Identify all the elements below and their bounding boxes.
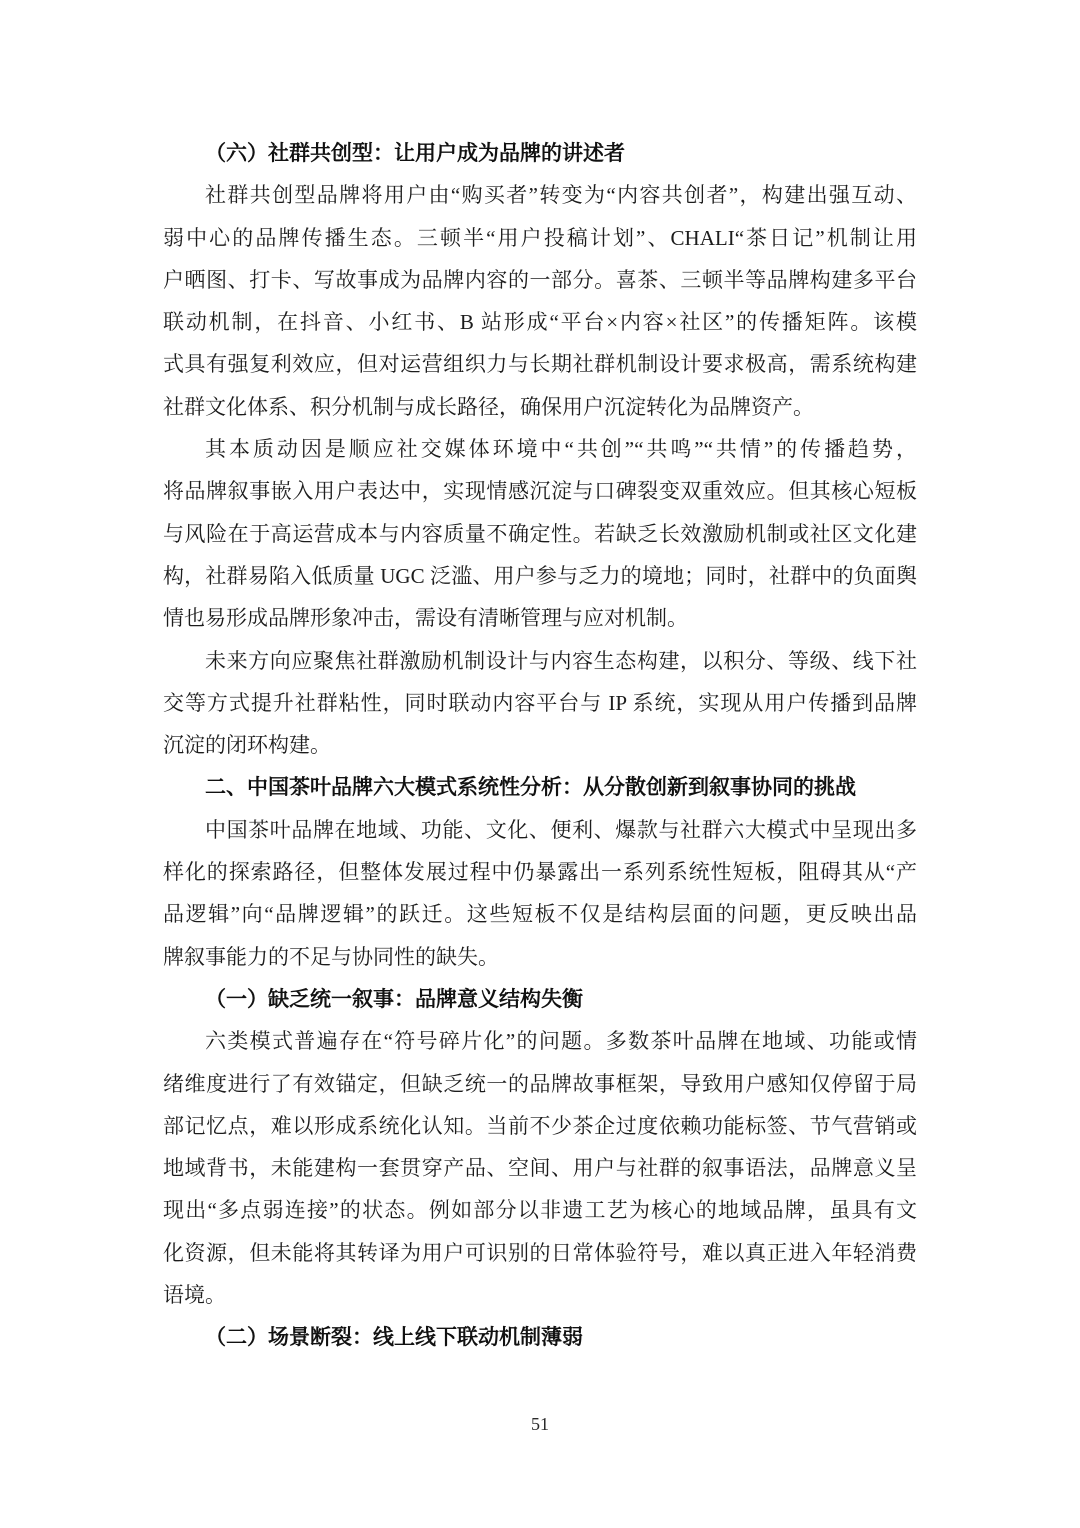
body-text-line: 弱中心的品牌传播生态。三顿半“用户投稿计划”、CHALI“茶日记”机制让用 [163, 217, 917, 259]
body-text-line: 未来方向应聚焦社群激励机制设计与内容生态构建，以积分、等级、线下社 [163, 640, 917, 682]
body-text-line: 绪维度进行了有效锚定，但缺乏统一的品牌故事框架，导致用户感知仅停留于局 [163, 1063, 917, 1105]
body-text-line: 社群文化体系、积分机制与成长路径，确保用户沉淀转化为品牌资产。 [163, 386, 917, 428]
section-heading: （六）社群共创型：让用户成为品牌的讲述者 [163, 132, 917, 174]
body-text-line: 社群共创型品牌将用户由“购买者”转变为“内容共创者”，构建出强互动、 [163, 174, 917, 216]
body-text-line: 其本质动因是顺应社交媒体环境中“共创”“共鸣”“共情”的传播趋势， [163, 428, 917, 470]
document-page: （六）社群共创型：让用户成为品牌的讲述者社群共创型品牌将用户由“购买者”转变为“… [0, 0, 1080, 1528]
body-text-line: 与风险在于高运营成本与内容质量不确定性。若缺乏长效激励机制或社区文化建 [163, 513, 917, 555]
body-text-line: 联动机制，在抖音、小红书、B 站形成“平台×内容×社区”的传播矩阵。该模 [163, 301, 917, 343]
document-text-block: （六）社群共创型：让用户成为品牌的讲述者社群共创型品牌将用户由“购买者”转变为“… [163, 132, 917, 1359]
section-heading: 二、中国茶叶品牌六大模式系统性分析：从分散创新到叙事协同的挑战 [163, 766, 917, 808]
body-text-line: 样化的探索路径，但整体发展过程中仍暴露出一系列系统性短板，阻碍其从“产 [163, 851, 917, 893]
body-text-line: 地域背书，未能建构一套贯穿产品、空间、用户与社群的叙事语法，品牌意义呈 [163, 1147, 917, 1189]
body-text-line: 式具有强复利效应，但对运营组织力与长期社群机制设计要求极高，需系统构建 [163, 343, 917, 385]
body-text-line: 中国茶叶品牌在地域、功能、文化、便利、爆款与社群六大模式中呈现出多 [163, 809, 917, 851]
section-heading: （一）缺乏统一叙事：品牌意义结构失衡 [163, 978, 917, 1020]
body-text-line: 化资源，但未能将其转译为用户可识别的日常体验符号，难以真正进入年轻消费 [163, 1232, 917, 1274]
body-text-line: 户晒图、打卡、写故事成为品牌内容的一部分。喜茶、三顿半等品牌构建多平台 [163, 259, 917, 301]
body-text-line: 情也易形成品牌形象冲击，需设有清晰管理与应对机制。 [163, 597, 917, 639]
body-text-line: 将品牌叙事嵌入用户表达中，实现情感沉淀与口碑裂变双重效应。但其核心短板 [163, 470, 917, 512]
body-text-line: 牌叙事能力的不足与协同性的缺失。 [163, 936, 917, 978]
body-text-line: 沉淀的闭环构建。 [163, 724, 917, 766]
body-text-line: 六类模式普遍存在“符号碎片化”的问题。多数茶叶品牌在地域、功能或情 [163, 1020, 917, 1062]
body-text-line: 语境。 [163, 1274, 917, 1316]
body-text-line: 部记忆点，难以形成系统化认知。当前不少茶企过度依赖功能标签、节气营销或 [163, 1105, 917, 1147]
body-text-line: 现出“多点弱连接”的状态。例如部分以非遗工艺为核心的地域品牌，虽具有文 [163, 1189, 917, 1231]
body-text-line: 品逻辑”向“品牌逻辑”的跃迁。这些短板不仅是结构层面的问题，更反映出品 [163, 893, 917, 935]
body-text-line: 交等方式提升社群粘性，同时联动内容平台与 IP 系统，实现从用户传播到品牌 [163, 682, 917, 724]
page-number: 51 [163, 1410, 917, 1438]
section-heading: （二）场景断裂：线上线下联动机制薄弱 [163, 1316, 917, 1358]
body-text-line: 构，社群易陷入低质量 UGC 泛滥、用户参与乏力的境地；同时，社群中的负面舆 [163, 555, 917, 597]
